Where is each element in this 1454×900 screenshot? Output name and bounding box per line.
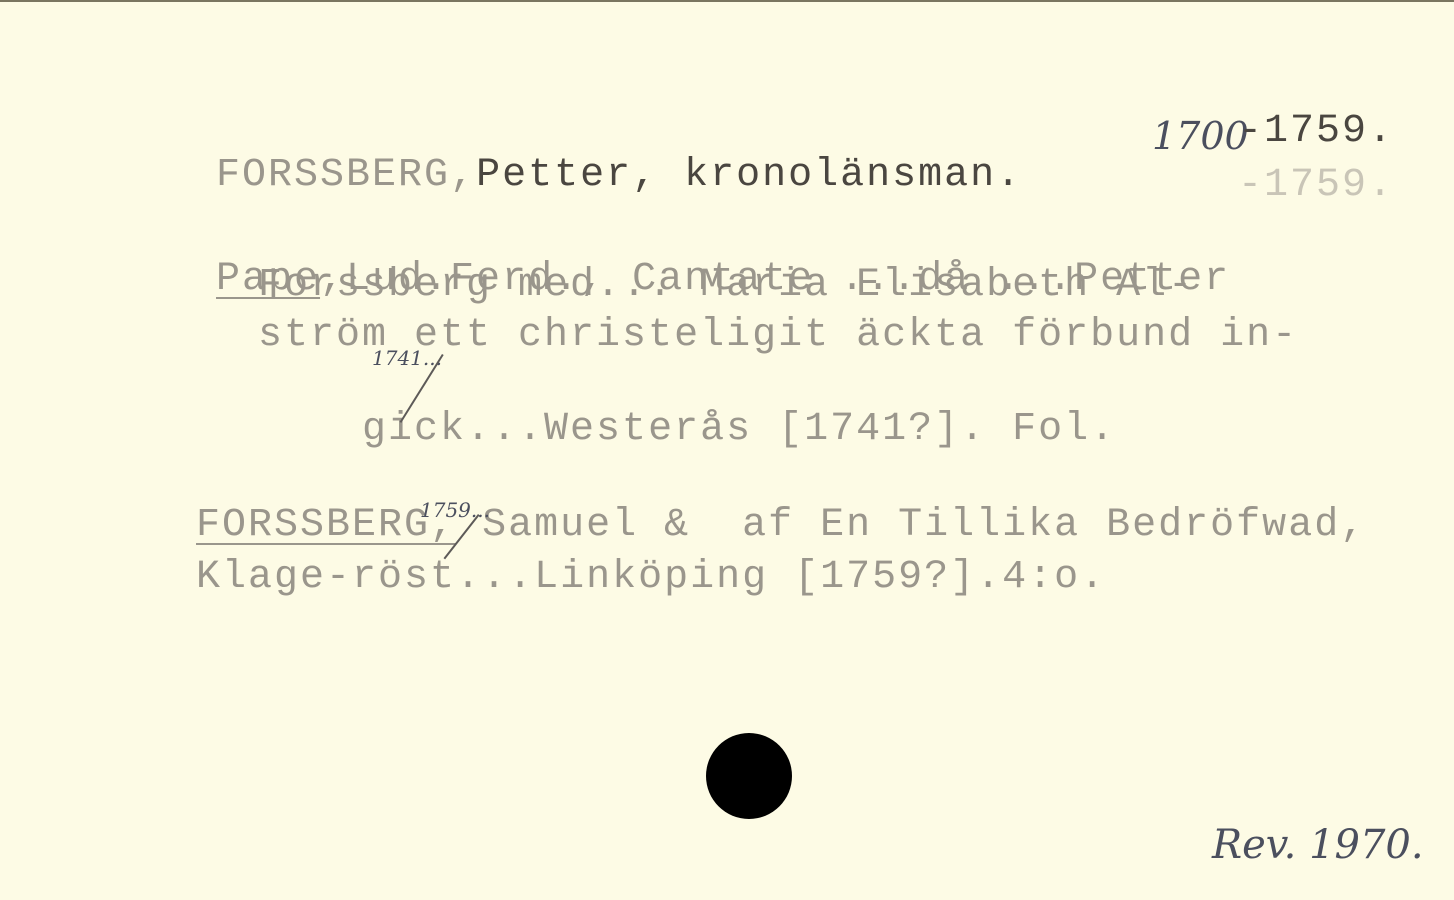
entry1-birth-year-handwritten: 1700	[1152, 114, 1249, 158]
punch-hole	[706, 733, 792, 819]
entry1-given-name: Petter,	[476, 153, 658, 198]
entry1-surname: FORSSBERG,	[216, 153, 476, 198]
entry1-line4-end: Westerås [1741?]. Fol.	[544, 407, 1116, 452]
entry1-title: kronolänsman.	[684, 153, 1022, 198]
entry1-line2: Forssberg med... Maria Elisabeth Al-	[258, 264, 1194, 308]
entry1-line4-start: gick...	[362, 407, 544, 452]
entry2-line2-start: Klage-röst...	[196, 555, 534, 600]
entry2-line2: Klage-röst...Linköping [1759?].4:o.	[92, 512, 1106, 644]
catalog-card: FORSSBERG,Petter, kronolänsman. 1700 -17…	[0, 0, 1454, 900]
entry1-handwritten-date: 1741...	[372, 346, 442, 370]
entry1-death-year: -1759.	[1238, 110, 1394, 154]
entry2-handwritten-date: 1759...	[420, 498, 490, 522]
revision-note: Rev. 1970.	[1212, 822, 1424, 868]
entry1-ghost-date: -1759.	[1238, 164, 1394, 208]
entry2-line2-end: Linköping [1759?].4:o.	[534, 555, 1106, 600]
